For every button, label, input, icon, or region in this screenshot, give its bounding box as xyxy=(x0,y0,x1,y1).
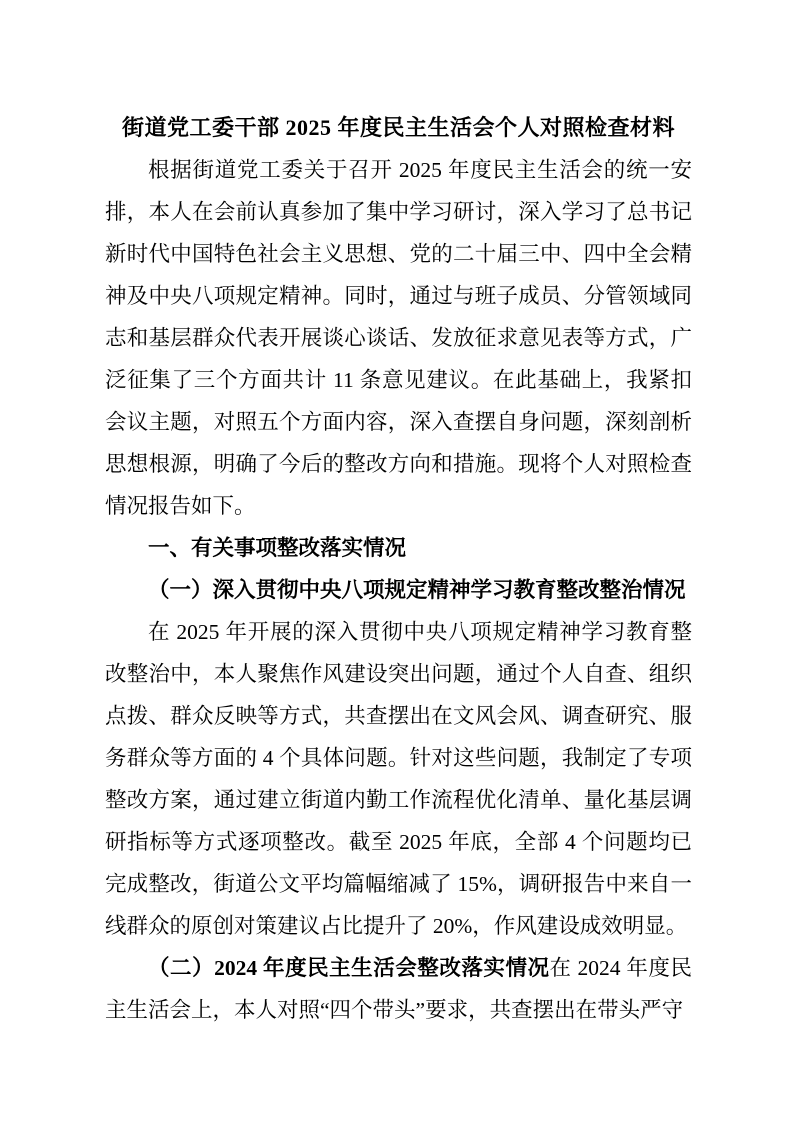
section-1-1-heading: （一）深入贯彻中央八项规定精神学习教育整改整治情况 xyxy=(105,569,692,611)
section-1-1-body: 在 2025 年开展的深入贯彻中央八项规定精神学习教育整改整治中，本人聚焦作风建… xyxy=(105,611,692,947)
document-title: 街道党工委干部 2025 年度民主生活会个人对照检查材料 xyxy=(105,107,692,149)
section-1-2-paragraph: （二）2024 年度民主生活会整改落实情况在 2024 年度民主生活会上，本人对… xyxy=(105,947,692,1031)
section-1-heading: 一、有关事项整改落实情况 xyxy=(105,527,692,569)
section-1-2-run-in-heading: （二）2024 年度民主生活会整改落实情况 xyxy=(148,956,550,980)
document-page: 街道党工委干部 2025 年度民主生活会个人对照检查材料 根据街道党工委关于召开… xyxy=(0,0,793,1122)
intro-paragraph: 根据街道党工委关于召开 2025 年度民主生活会的统一安排，本人在会前认真参加了… xyxy=(105,149,692,527)
